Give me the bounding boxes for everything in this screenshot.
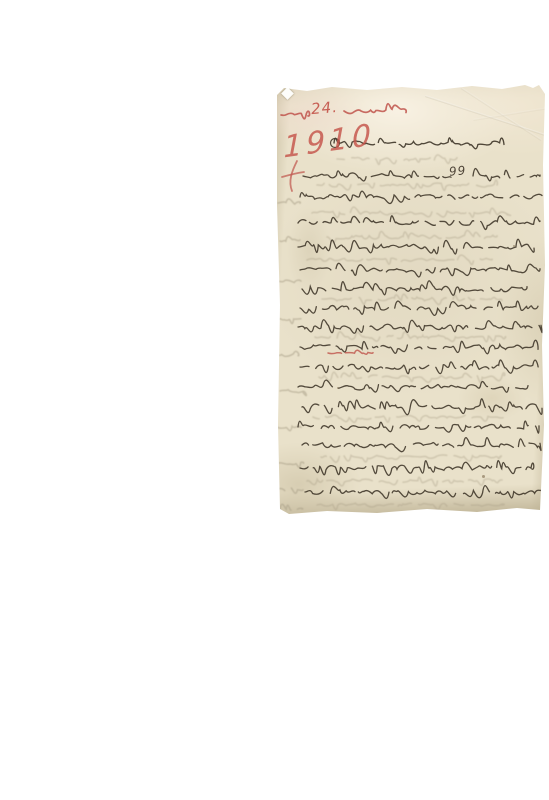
- bleed-through-writing: [277, 155, 510, 510]
- scan-canvas: 24. 1910 99: [0, 0, 549, 800]
- manuscript-page: 24. 1910 99: [277, 85, 545, 514]
- red-date-annotation: 24.: [310, 98, 338, 118]
- body-handwriting: [298, 138, 545, 499]
- body-number-fragment: 99: [448, 163, 466, 178]
